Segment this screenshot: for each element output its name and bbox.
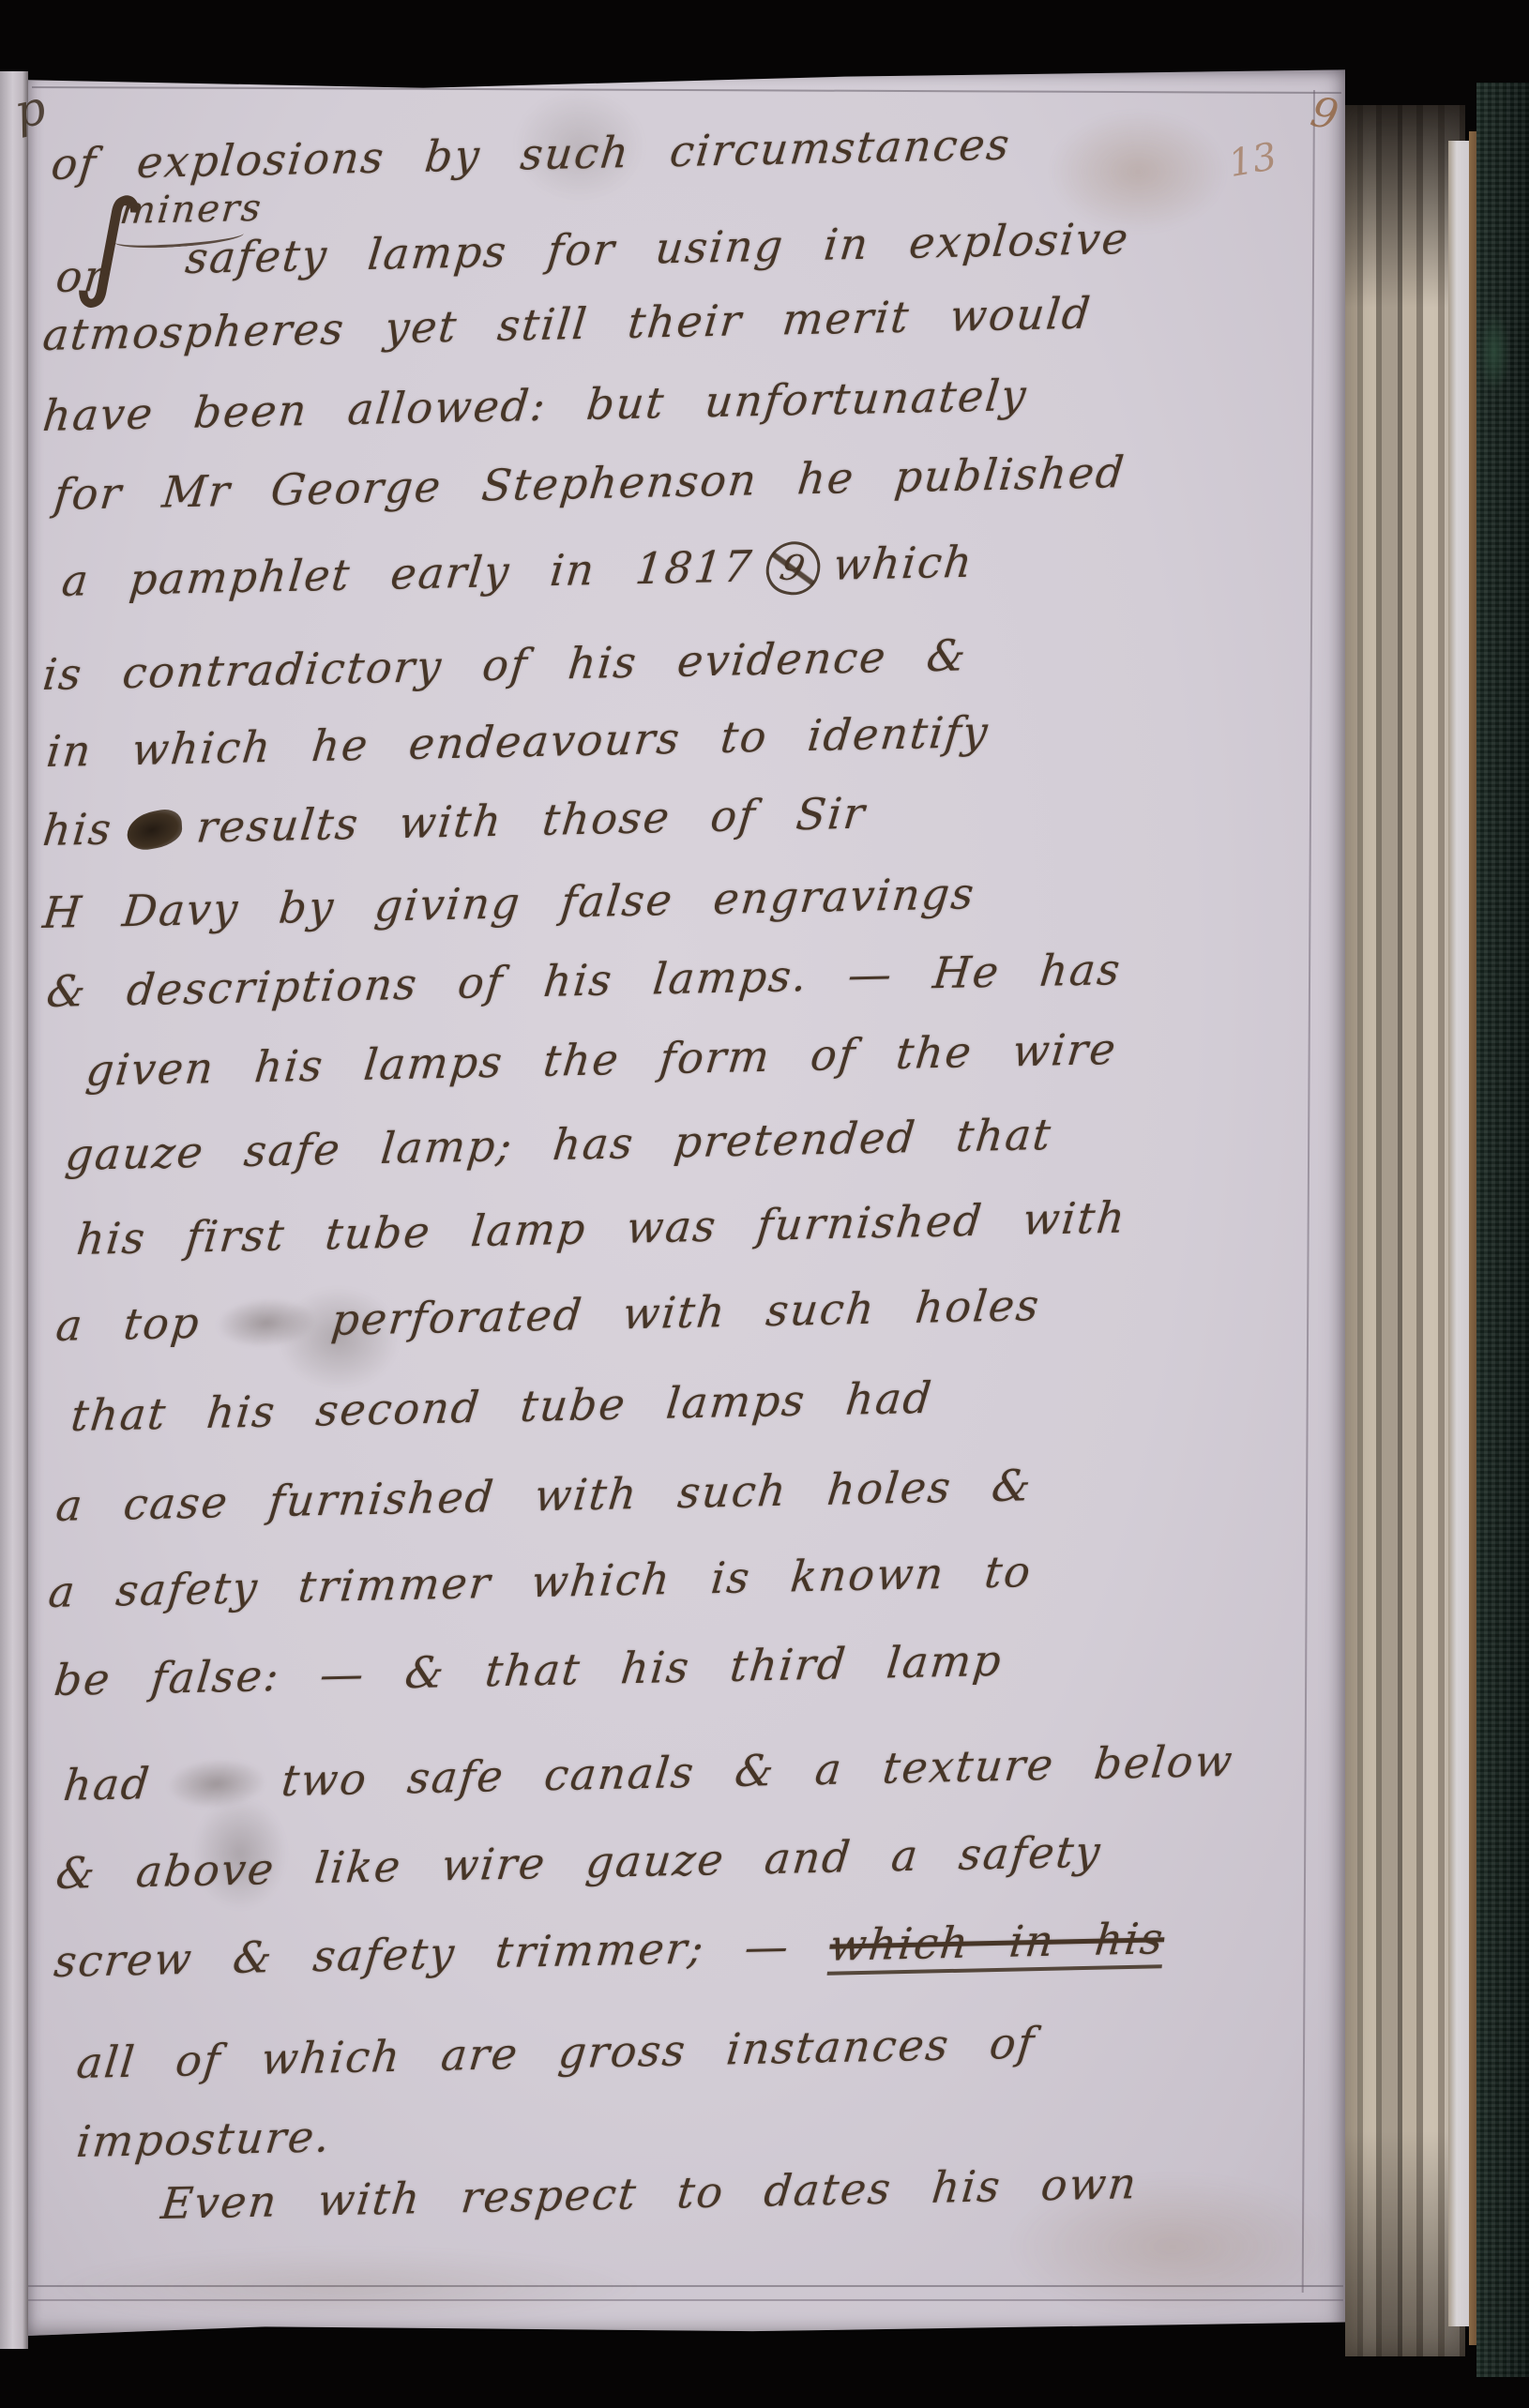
folio-number: 13 <box>1225 135 1279 186</box>
ink-blot <box>127 807 183 854</box>
line-15-text-a: a top <box>53 1297 203 1351</box>
binding-wear-mark <box>1478 310 1510 394</box>
previous-page-edge <box>0 71 28 2349</box>
bottom-pencil-rule-2 <box>28 2299 1343 2301</box>
scribbled-deletion-mark: 9 <box>760 538 826 598</box>
manuscript-scan: p 13 9 of explosions by such circumstanc… <box>0 0 1529 2408</box>
line-20-text-a: had <box>61 1758 153 1810</box>
manuscript-line-2-prefix: or <box>53 250 109 302</box>
erased-word-smudge <box>165 1758 267 1809</box>
inner-leaf-edge <box>1448 141 1469 2326</box>
manuscript-line-24: imposture. <box>74 2111 333 2167</box>
struck-through-text: which in his <box>826 1913 1167 1976</box>
line-6-text-b: which <box>831 537 976 590</box>
erased-word-smudge <box>215 1297 317 1348</box>
bottom-pencil-rule-1 <box>28 2285 1343 2287</box>
interline-insertion-miners: miners <box>118 187 265 233</box>
line-9-text-a: his <box>40 803 114 856</box>
page-edge-stack <box>1345 105 1465 2356</box>
book-binding <box>1476 83 1529 2377</box>
